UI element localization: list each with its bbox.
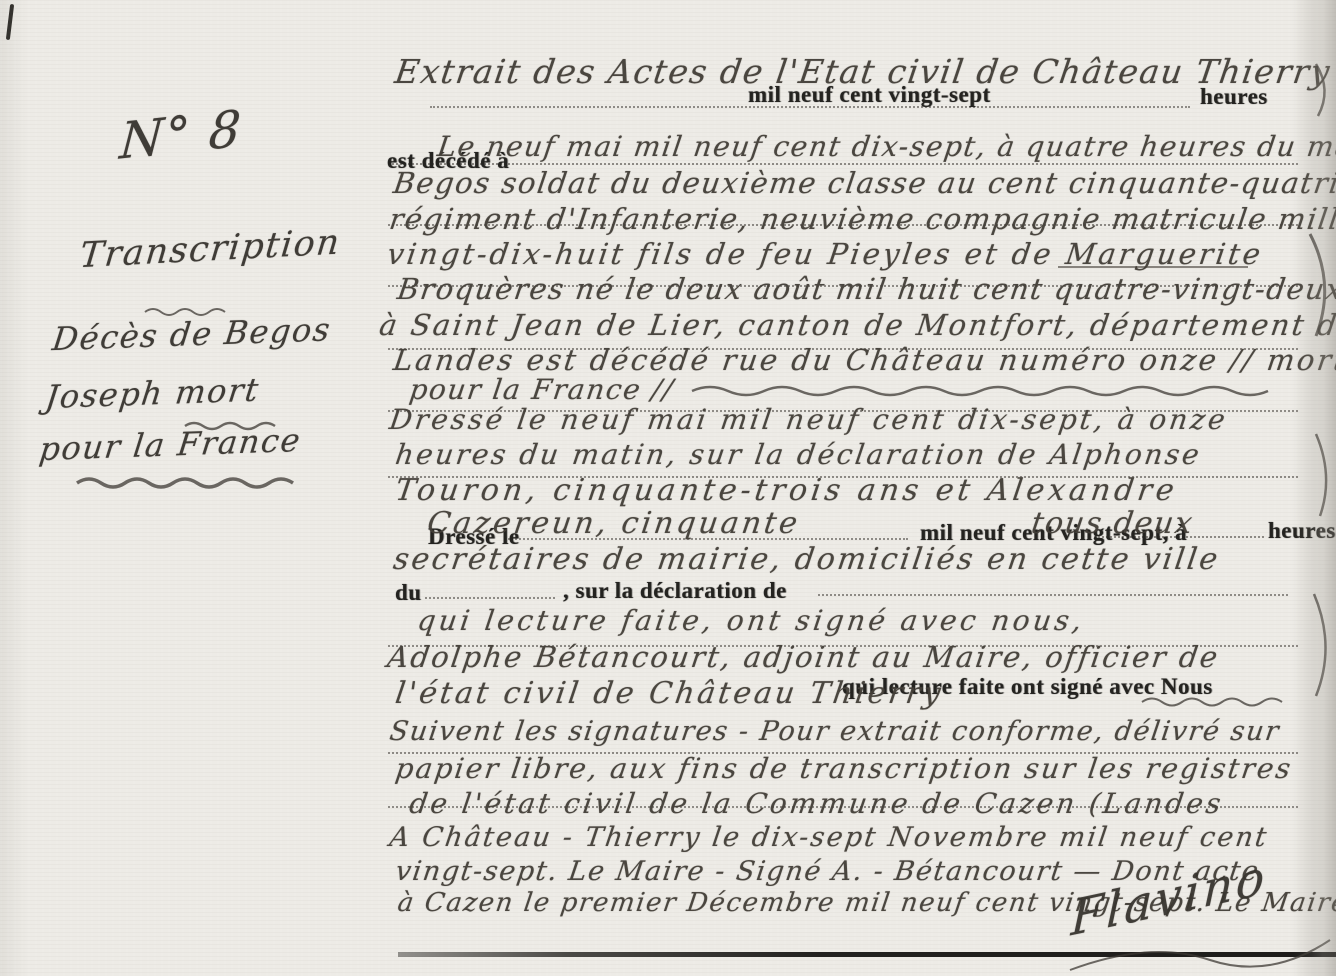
- wavy-underline: [1140, 696, 1300, 708]
- margin-transcription-label: Transcription: [78, 222, 343, 276]
- handwritten-line: pour la France //: [407, 373, 676, 406]
- underline-mark: [1058, 266, 1248, 268]
- wavy-flourish-line: [690, 384, 1290, 398]
- handwritten-line: Touron, cinquante-trois ans et Alexandre: [393, 473, 1180, 508]
- handwritten-title: Extrait des Actes de l'Etat civil de Châ…: [393, 52, 1336, 91]
- margin-act-number: N° 8: [118, 99, 244, 171]
- handwritten-line: Landes est décédé rue du Château numéro …: [391, 343, 1336, 377]
- wavy-underline: [183, 420, 283, 432]
- handwritten-line: Suivent les signatures - Pour extrait co…: [388, 716, 1282, 747]
- pen-mark: [6, 4, 14, 40]
- handwritten-line: à Saint Jean de Lier, canton de Montfort…: [377, 308, 1336, 342]
- handwritten-line: Adolphe Bétancourt, adjoint au Maire, of…: [385, 640, 1222, 674]
- handwritten-line: Cazereun, cinquante: [425, 506, 802, 541]
- handwritten-line: de l'état civil de la Commune de Cazen (…: [407, 787, 1225, 820]
- margin-joseph-line: Joseph mort: [43, 371, 262, 417]
- scanned-register-page: mil neuf cent vingt-sept heures est décé…: [0, 0, 1336, 976]
- page-binding-edge: [1292, 0, 1336, 976]
- handwritten-line: papier libre, aux fins de transcription …: [393, 752, 1294, 785]
- handwritten-line: Begos soldat du deuxième classe au cent …: [391, 166, 1336, 200]
- handwritten-line: Le neuf mai mil neuf cent dix-sept, à qu…: [435, 130, 1336, 163]
- handwritten-line: régiment d'Infanterie, neuvième compagni…: [387, 202, 1336, 236]
- handwritten-line: Broquères né le deux août mil huit cent …: [395, 272, 1336, 306]
- wavy-underline: [75, 476, 315, 490]
- form-dotted-rule: [425, 597, 555, 599]
- form-dotted-rule: [818, 594, 1288, 596]
- handwritten-line: secrétaires de mairie, domiciliés en cet…: [391, 542, 1222, 577]
- printed-declaration: , sur la déclaration de: [563, 578, 787, 604]
- handwritten-line: l'état civil de Château Thierry: [393, 676, 946, 711]
- form-dotted-rule: [388, 163, 1298, 165]
- handwritten-line: qui lecture faite, ont signé avec nous,: [415, 604, 1087, 637]
- wavy-underline: [143, 306, 233, 318]
- handwritten-line: tous deux: [1029, 506, 1196, 541]
- handwritten-line: Dressé le neuf mai mil neuf cent dix-sep…: [387, 403, 1230, 436]
- handwritten-line: heures du matin, sur la déclaration de A…: [393, 438, 1203, 471]
- handwritten-line: A Château - Thierry le dix-sept Novembre…: [388, 822, 1271, 853]
- printed-du: du: [395, 580, 422, 606]
